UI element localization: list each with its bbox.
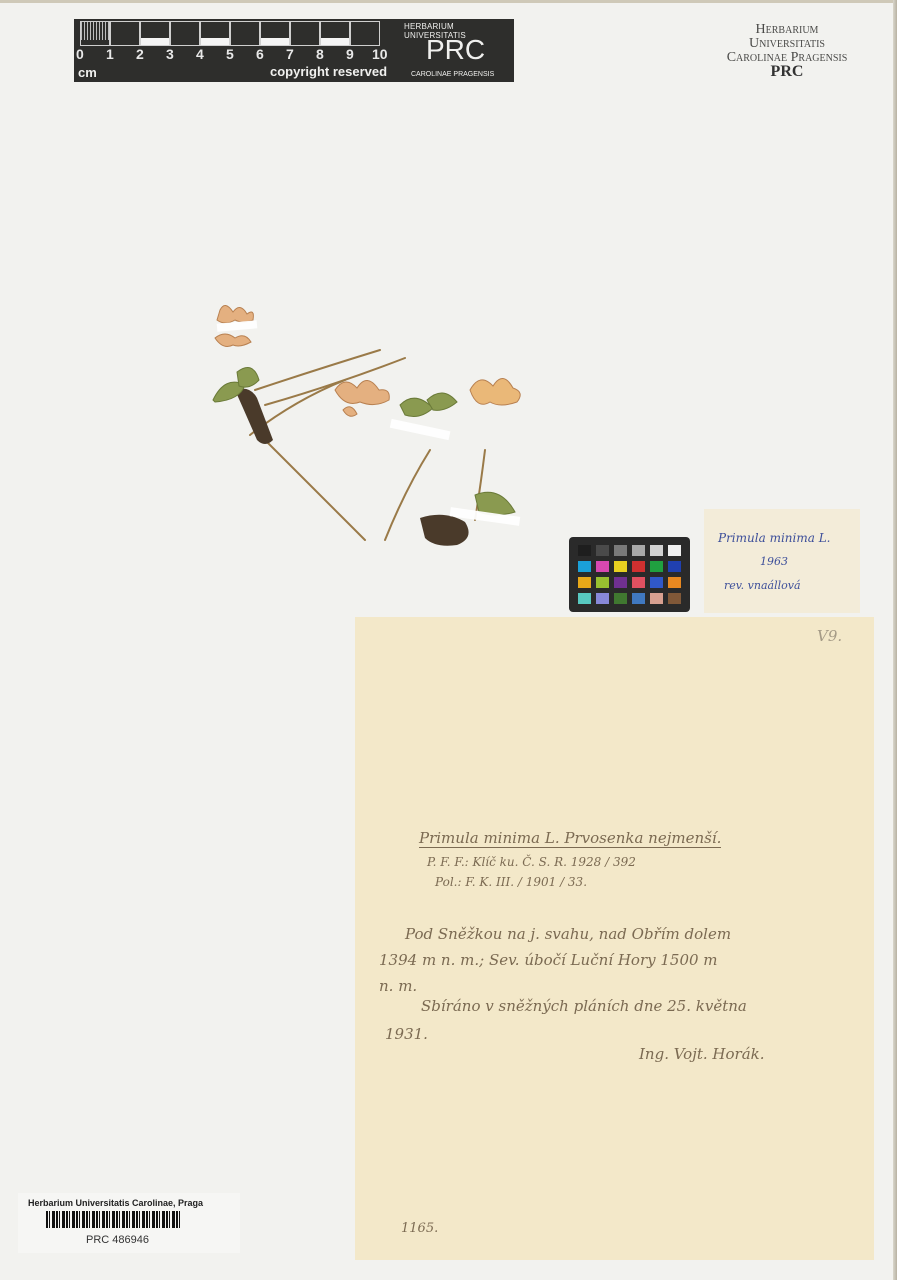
color-swatch	[578, 545, 591, 556]
ruler-tick: 5	[226, 46, 234, 62]
stamp-code: PRC	[712, 65, 862, 79]
color-calibration-chart	[569, 537, 690, 612]
ruler-tick: 2	[136, 46, 144, 62]
determination-label: Primula minima L. 1963 rev. vnaállová	[704, 509, 860, 613]
ruler-tick: 9	[346, 46, 354, 62]
barcode-number: PRC 486946	[86, 1234, 149, 1246]
ruler-tick: 10	[372, 46, 388, 62]
herbarium-stamp: Herbarium Universitatis Carolinae Pragen…	[712, 23, 862, 79]
sheet-top-edge	[0, 0, 897, 3]
color-swatch	[668, 545, 681, 556]
color-swatch	[596, 577, 609, 588]
collector-signature: Ing. Vojt. Horák.	[639, 1045, 765, 1063]
det-taxon: Primula minima L.	[718, 531, 830, 545]
color-swatch	[668, 561, 681, 572]
color-swatch	[632, 545, 645, 556]
color-swatch	[596, 561, 609, 572]
collected-line-1: Sbíráno v sněžných pláních dne 25. květn…	[421, 997, 747, 1015]
color-swatch	[668, 593, 681, 604]
color-swatch	[578, 593, 591, 604]
barcode-institution: Herbarium Universitatis Carolinae, Praga	[28, 1198, 203, 1208]
color-swatch	[578, 561, 591, 572]
stems	[250, 350, 485, 540]
color-swatch	[596, 593, 609, 604]
sheet-right-edge	[893, 0, 897, 1280]
taxon-title: Primula minima L. Prvosenka nejmenší.	[419, 829, 721, 848]
ruler-code: PRC	[426, 34, 485, 66]
color-swatch	[632, 577, 645, 588]
color-swatch	[650, 545, 663, 556]
color-swatch	[632, 593, 645, 604]
color-swatch	[650, 577, 663, 588]
barcode	[46, 1211, 181, 1228]
collection-label: V9. Primula minima L. Prvosenka nejmenší…	[355, 617, 874, 1260]
scale-ruler: 0 1 2 3 4 5 6 7 8 9 10 cm copyright rese…	[74, 19, 514, 82]
det-year: 1963	[760, 555, 788, 568]
ruler-tick: 0	[76, 46, 84, 62]
det-revised: rev. vnaállová	[724, 579, 801, 592]
color-swatch	[596, 545, 609, 556]
color-swatch	[578, 577, 591, 588]
flowers	[215, 305, 520, 416]
collected-line-2: 1931.	[385, 1025, 428, 1043]
locality-line-2: 1394 m n. m.; Sev. úbočí Luční Hory 1500…	[379, 951, 718, 969]
ruler-tick: 6	[256, 46, 264, 62]
color-swatch	[650, 561, 663, 572]
ruler-tick: 1	[106, 46, 114, 62]
color-swatch	[668, 577, 681, 588]
ruler-tick: 4	[196, 46, 204, 62]
ruler-tick: 7	[286, 46, 294, 62]
barcode-label: Herbarium Universitatis Carolinae, Praga…	[18, 1193, 240, 1253]
color-swatch	[614, 545, 627, 556]
ruler-tick: 3	[166, 46, 174, 62]
ruler-tick: 8	[316, 46, 324, 62]
color-swatch	[614, 593, 627, 604]
ruler-scale-bar	[80, 21, 386, 46]
color-swatch	[650, 593, 663, 604]
color-swatch	[632, 561, 645, 572]
stamp-line: Herbarium	[712, 23, 862, 37]
stamp-line: Universitatis	[712, 37, 862, 51]
color-swatch	[614, 561, 627, 572]
ruler-copyright: copyright reserved	[270, 64, 387, 79]
locality-line-1: Pod Sněžkou na j. svahu, nad Obřím dolem	[405, 925, 731, 943]
reference-line-2: Pol.: F. K. III. / 1901 / 33.	[435, 875, 587, 889]
color-swatch	[614, 577, 627, 588]
locality-line-3: n. m.	[379, 977, 417, 995]
plant-specimen	[195, 290, 535, 560]
reference-line-1: P. F. F.: Klíč ku. Č. S. R. 1928 / 392	[427, 855, 636, 869]
corner-note: V9.	[817, 627, 842, 645]
ruler-institution-bottom: CAROLINAE PRAGENSIS	[411, 71, 494, 78]
collection-number: 1165.	[401, 1221, 438, 1236]
ruler-unit: cm	[78, 65, 97, 80]
